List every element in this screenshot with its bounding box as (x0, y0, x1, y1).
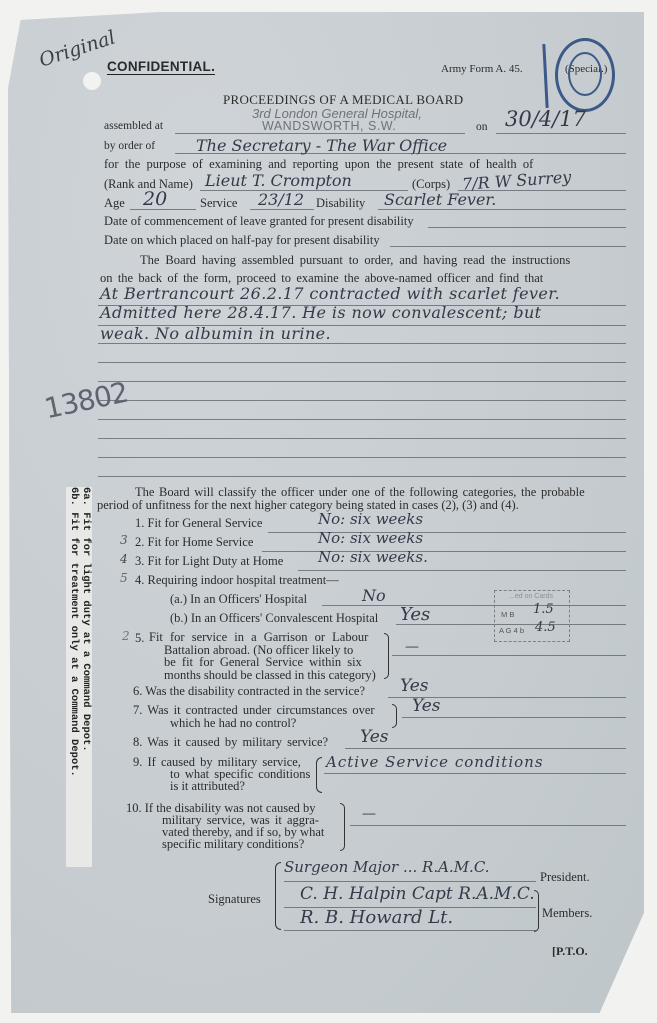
question-8-answer: Yes (360, 727, 389, 747)
member-1-signature: C. H. Halpin Capt R.A.M.C. (300, 884, 535, 904)
category-4-renumber: 5 (120, 571, 128, 585)
category-5: Fit for service in a Garrison or Labour … (149, 631, 376, 681)
pasted-category-label: 6a. Fit for light duty at a Command Depo… (66, 487, 92, 867)
category-4a-answer: No (362, 586, 386, 605)
category-3-answer: No: six weeks. (318, 548, 428, 566)
punch-hole (83, 72, 101, 90)
president-signature: Surgeon Major ... R.A.M.C. (284, 858, 490, 876)
findings-handwritten-line3: weak. No albumin in urine. (100, 324, 331, 343)
member-2-signature: R. B. Howard Lt. (300, 907, 453, 928)
confidential-heading: CONFIDENTIAL. (107, 59, 215, 75)
question-10-answer: — (362, 806, 376, 822)
side-label-line2: 6b. Fit for treatment only at a Command … (68, 487, 80, 867)
by-order-value: The Secretary - The War Office (196, 136, 447, 155)
circled-mark: 10 (540, 38, 596, 118)
category-2-renumber: 3 (120, 533, 128, 547)
category-4: 4. Requiring indoor hospital treatment— (135, 573, 339, 588)
members-label: Members. (542, 906, 592, 921)
disability-label: Disability (316, 196, 365, 211)
category-3: 3. Fit for Light Duty at Home (135, 554, 283, 569)
category-2-answer: No: six weeks (318, 529, 423, 547)
army-form-number: Army Form A. 45. (441, 63, 523, 75)
category-5-answer: — (405, 639, 419, 655)
signatures-label: Signatures (208, 892, 261, 907)
age-value: 20 (143, 188, 167, 210)
leave-date-label: Date of commencement of leave granted fo… (104, 214, 414, 229)
office-stamp-ag-label: A G 4 b (499, 626, 524, 635)
rank-name-value: Lieut T. Crompton (205, 171, 352, 190)
service-value: 23/12 (258, 190, 304, 209)
question-10-line4: specific military conditions? (162, 837, 304, 852)
question-7-answer: Yes (412, 696, 441, 716)
question-8: 8. Was it caused by military service? (133, 735, 328, 750)
service-label: Service (200, 196, 237, 211)
office-stamp-ag-value: 4.5 (535, 620, 556, 635)
category-3-renumber: 4 (120, 552, 128, 566)
assembled-at-value: WANDSWORTH, S.W. (262, 119, 396, 133)
question-6: 6. Was the disability contracted in the … (133, 684, 365, 699)
category-5-num: 5. (135, 631, 144, 646)
age-label: Age (104, 196, 125, 211)
question-9-answer: Active Service conditions (326, 753, 544, 771)
question-6-answer: Yes (400, 676, 429, 696)
findings-intro-line1: The Board having assembled pursuant to o… (140, 253, 570, 268)
question-7-line2: which he had no control? (170, 716, 296, 731)
findings-handwritten-line2: Admitted here 28.4.17. He is now convale… (100, 303, 542, 322)
category-4a: (a.) In an Officers' Hospital (170, 592, 307, 607)
disability-value: Scarlet Fever. (384, 190, 496, 209)
office-received-stamp: ...ed on Cards M B 1.5 A G 4 b 4.5 (494, 590, 570, 642)
board-date: 30/4/17 (505, 107, 586, 131)
category-4b-answer: Yes (400, 604, 430, 625)
on-label: on (476, 121, 488, 133)
category-4b: (b.) In an Officers' Convalescent Hospit… (170, 611, 378, 626)
by-order-label: by order of (104, 140, 155, 152)
assembled-at-label: assembled at (104, 120, 163, 132)
category-1: 1. Fit for General Service (135, 516, 262, 531)
please-turn-over: [P.T.O. (552, 944, 588, 959)
classification-intro-line2: period of unfitness for the next higher … (97, 498, 519, 513)
president-label: President. (540, 870, 590, 885)
office-stamp-mb-value: 1.5 (533, 602, 554, 617)
halfpay-date-label: Date on which placed on half-pay for pre… (104, 233, 380, 248)
category-2: 2. Fit for Home Service (135, 535, 253, 550)
findings-handwritten-line1: At Bertrancourt 26.2.17 contracted with … (100, 284, 560, 303)
purpose-text: for the purpose of examining and reporti… (104, 157, 533, 172)
office-stamp-mb-label: M B (501, 610, 514, 619)
office-stamp-line1: ...ed on Cards (509, 593, 553, 600)
question-9-line3: is it attributed? (170, 779, 245, 794)
category-1-answer: No: six weeks (318, 510, 423, 528)
side-label-line1: 6a. Fit for light duty at a Command Depo… (80, 487, 92, 867)
category-5-renumber: 2 (122, 629, 130, 643)
